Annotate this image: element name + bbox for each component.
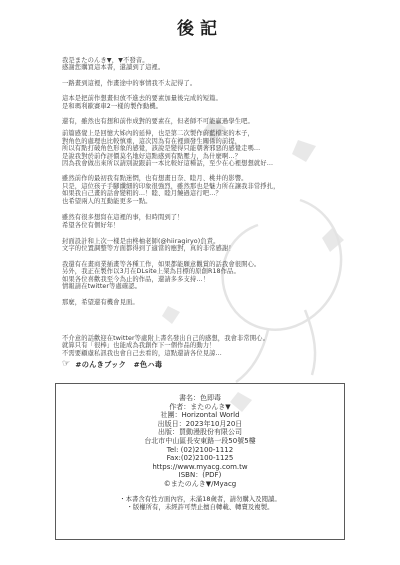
afterword-line: 希望各位有個好年！ (62, 222, 362, 229)
afterword-line: 不需要顧慮私訊我也會自己去看的，這點還請各位見諒… (62, 350, 362, 357)
colophon-circle: 社團：Horizontal World (56, 411, 344, 420)
afterword-line: 一路畫到這裡，作畫途中的事情我不太記得了。 (62, 80, 362, 87)
afterword-line: 我還有在畫商業插畫等各種工作，如果都能願意觀賞的話我會很開心。 (62, 261, 362, 268)
hashtags-text: #のんきブック #色ハ毒 (75, 361, 162, 368)
afterword-line: 感謝您購買這本書，還讀到了這裡。 (62, 64, 362, 71)
colophon-address: 台北市中山區長安東路一段50號5樓 (56, 437, 344, 446)
afterword-line: 這本是把前作想畫但放不進去的要素加量後完成的短篇。 (62, 95, 362, 102)
colophon-notices: ・本書含有性方面內容，未滿18歲者，請勿購入及閱讀。 ・版權所有，未經許可禁止擅… (56, 495, 344, 511)
colophon-book-title: 書名：色即毒 (56, 394, 344, 403)
afterword-line: 情報請在twitter等處確認。 (62, 283, 362, 290)
afterword-line: 文字的位置調整等方面都得到了適當的應對，真的非常感謝！ (62, 245, 362, 252)
afterword-line: 因為我會做出來所以請別說跟前一本比較好這種話，至少在心裡想想就好… (62, 160, 362, 167)
afterword-line: 雖然有很多想寫在這裡的事，但時間到了！ (62, 214, 362, 221)
colophon-website-url: https://www.myacg.com.tw (56, 463, 344, 472)
paragraph-greeting: 我是またのんき▼，▼不發音。 感謝您購買這本書，還讀到了這裡。 (62, 57, 362, 72)
afterword-line: 如果各位喜歡我至今為止的作品，還請多多支持…！ (62, 276, 362, 283)
paragraph-closing-wish: 雖然有很多想寫在這裡的事，但時間到了！ 希望各位有個好年！ (62, 214, 362, 229)
colophon-fax: Fax:(02)2100-1125 (56, 454, 344, 463)
colophon-author: 作者：またのんき▼ (56, 403, 344, 412)
paragraph-cover-design: 封面設計和上次一樣是由柊柚老師(@hiiragiryo)負責。 文字的位置調整等… (62, 238, 362, 253)
afterword-line: 如果我自己畫的話會變粗的…！睦、睦月饒過這行吧…？ (62, 190, 362, 197)
colophon-publisher: 出版：買動漫股份有限公司 (56, 428, 344, 437)
afterword-line: 是和瑪利歐賽車2一樣的製作動機。 (62, 103, 362, 110)
hashtags-row: ☞ #のんきブック #色ハ毒 (62, 361, 362, 368)
colophon-copyright: ©またのんき▼/Myacg (56, 480, 344, 489)
colophon-tel: Tel: (02)2100-1112 (56, 446, 344, 455)
adult-content-warning: ・本書含有性方面內容，未滿18歲者，請勿購入及閱讀。 (56, 495, 344, 503)
paragraph-pair-element: 還有，雖然也有想和前作成對的要素在，但老師不可能贏過學生吧。 (62, 118, 362, 125)
paragraph-drawing: 一路畫到這裡，作畫途中的事情我不太記得了。 (62, 80, 362, 87)
afterword-page: 後記 我是またのんき▼，▼不發音。 感謝您購買這本書，還讀到了這裡。 一路畫到這… (0, 0, 400, 565)
afterword-line: 那麼，希望還有機會見面。 (62, 299, 362, 306)
paragraph-previous-work: 前篇感覺上是回憶大姊內的延伸，也是第二次製作蔚藍檔案的本子， 對角色的處理也比較… (62, 130, 362, 167)
afterword-line: 另外，我正在製作以3月在DLsite上架為目標的原創R18作品。 (62, 268, 362, 275)
pointing-hand-icon: ☞ (62, 361, 70, 368)
afterword-body: 我是またのんき▼，▼不發音。 感謝您購買這本書，還讀到了這裡。 一路畫到這裡，作… (62, 57, 362, 368)
afterword-line: 前篇感覺上是回憶大姊內的延伸，也是第二次製作蔚藍檔案的本子， (62, 130, 362, 137)
paragraph-characters: 雖然前作的最初我有點迷惘，也有想畫日奈、睦月、桃井的影響。 只是，這位孩子手腳纖… (62, 175, 362, 205)
paragraph-concept: 這本是把前作想畫但放不進去的要素加量後完成的短篇。 是和瑪利歐賽車2一樣的製作動… (62, 95, 362, 110)
paragraph-farewell: 那麼，希望還有機會見面。 (62, 299, 362, 306)
afterword-line: 還有，雖然也有想和前作成對的要素在，但老師不可能贏過學生吧。 (62, 118, 362, 125)
afterword-line: 是說我對於前作評價莫名地好這點感到有點壓力，為什麼啊…？ (62, 153, 362, 160)
afterword-line: 所以有點打破角色形象的感覺，該說是變得只能朝著邪惡的感覺走嗎… (62, 145, 362, 152)
afterword-line: 也希望兩人的互動能更多一點。 (62, 198, 362, 205)
colophon-box: 書名：色即毒 作者：またのんき▼ 社團：Horizontal World 出版日… (55, 383, 345, 540)
page-title: 後記 (0, 14, 400, 39)
afterword-line: 就算只有「很棒」也能成為我創作下一個作品的動力！ (62, 342, 362, 349)
paragraph-other-works: 我還有在畫商業插畫等各種工作，如果都能願意觀賞的話我會很開心。 另外，我正在製作… (62, 261, 362, 291)
colophon-isbn: ISBN：(PDF) (56, 471, 344, 480)
paragraph-feedback: 不介意的話歡迎在twitter等處附上書名發出自己的感想，我會非常開心。 就算只… (62, 335, 362, 357)
afterword-line: 雖然前作的最初我有點迷惘，也有想畫日奈、睦月、桃井的影響。 (62, 175, 362, 182)
copyright-warning: ・版權所有，未經許可禁止擅自轉載、轉賣及複製。 (56, 503, 344, 511)
